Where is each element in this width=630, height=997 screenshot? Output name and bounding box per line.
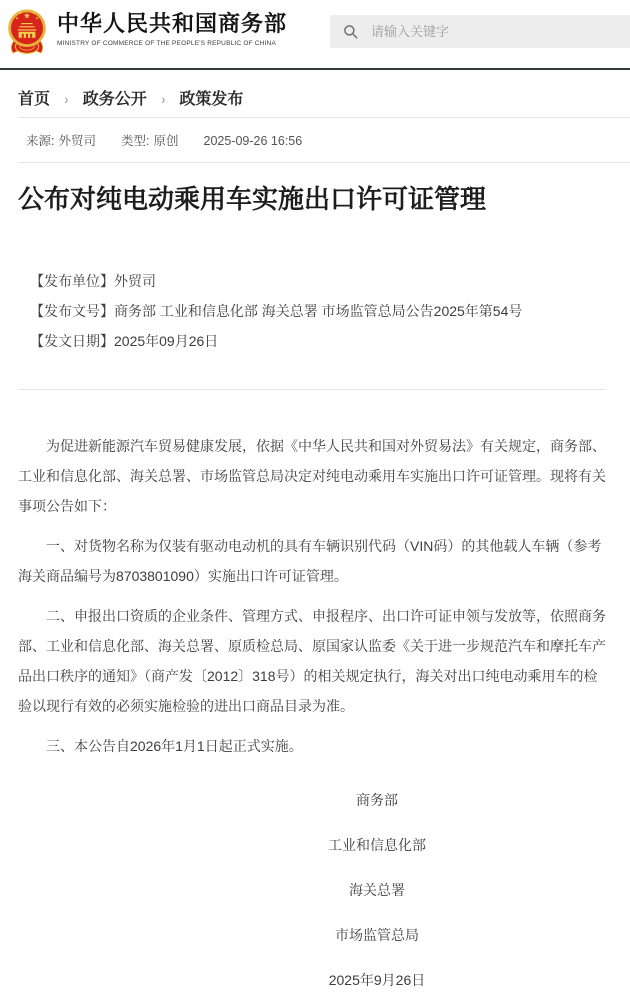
signature-line: 商务部 — [148, 785, 606, 815]
signature-line: 海关总署 — [148, 875, 606, 905]
signature-date: 2025年9月26日 — [148, 965, 606, 995]
article-title: 公布对纯电动乘用车实施出口许可证管理 — [18, 182, 606, 216]
search-box — [330, 15, 630, 48]
doc-info-block: 【发布单位】外贸司 【发布文号】商务部 工业和信息化部 海关总署 市场监管总局公… — [30, 266, 606, 356]
article-meta: 来源:外贸司 类型:原创 2025-09-26 16:56 — [26, 134, 630, 149]
meta-datetime: 2025-09-26 16:56 — [204, 134, 303, 149]
meta-source-value: 外贸司 — [58, 134, 96, 148]
doc-info-document-number: 【发布文号】商务部 工业和信息化部 海关总署 市场监管总局公告2025年第54号 — [30, 296, 606, 326]
site-identity: 中华人民共和国商务部 MINISTRY OF COMMERCE OF THE P… — [57, 11, 287, 47]
meta-source-label: 来源: — [26, 134, 54, 148]
signature-block: 商务部 工业和信息化部 海关总署 市场监管总局 2025年9月26日 — [18, 785, 606, 995]
doc-info-issuing-unit: 【发布单位】外贸司 — [30, 266, 606, 296]
divider — [18, 117, 630, 118]
divider — [18, 162, 630, 163]
divider — [18, 389, 606, 390]
site-title: 中华人民共和国商务部 — [57, 11, 287, 36]
meta-source: 来源:外贸司 — [26, 134, 96, 149]
article-paragraph: 为促进新能源汽车贸易健康发展，依据《中华人民共和国对外贸易法》有关规定，商务部、… — [18, 431, 606, 521]
site-header: 中华人民共和国商务部 MINISTRY OF COMMERCE OF THE P… — [0, 0, 630, 70]
breadcrumb-item-home[interactable]: 首页 — [18, 90, 50, 109]
article-paragraph: 一、对货物名称为仅装有驱动电动机的具有车辆识别代码（VIN码）的其他载人车辆（参… — [18, 531, 606, 591]
article-paragraph: 三、本公告自2026年1月1日起正式实施。 — [18, 731, 606, 761]
meta-type-value: 原创 — [153, 134, 178, 148]
breadcrumb-item-gov-info[interactable]: 政务公开 — [83, 90, 147, 109]
doc-info-issue-date: 【发文日期】2025年09月26日 — [30, 326, 606, 356]
article-paragraph: 二、申报出口资质的企业条件、管理方式、申报程序、出口许可证申领与发放等，依照商务… — [18, 601, 606, 721]
article-body: 为促进新能源汽车贸易健康发展，依据《中华人民共和国对外贸易法》有关规定，商务部、… — [18, 431, 606, 761]
meta-type-label: 类型: — [121, 134, 149, 148]
breadcrumb: 首页 › 政务公开 › 政策发布 — [18, 90, 630, 109]
chevron-right-icon: › — [161, 90, 164, 109]
site-subtitle: MINISTRY OF COMMERCE OF THE PEOPLE'S REP… — [57, 40, 287, 47]
search-input[interactable] — [369, 23, 603, 40]
meta-type: 类型:原创 — [121, 134, 179, 149]
signature-line: 市场监管总局 — [148, 920, 606, 950]
page-root: { "header": { "site_title": "中华人民共和国商务部"… — [0, 0, 630, 997]
signature-line: 工业和信息化部 — [148, 830, 606, 860]
search-icon[interactable] — [343, 24, 358, 39]
national-emblem-icon — [7, 7, 47, 59]
breadcrumb-item-policy-release[interactable]: 政策发布 — [179, 90, 243, 109]
chevron-right-icon: › — [65, 90, 68, 109]
